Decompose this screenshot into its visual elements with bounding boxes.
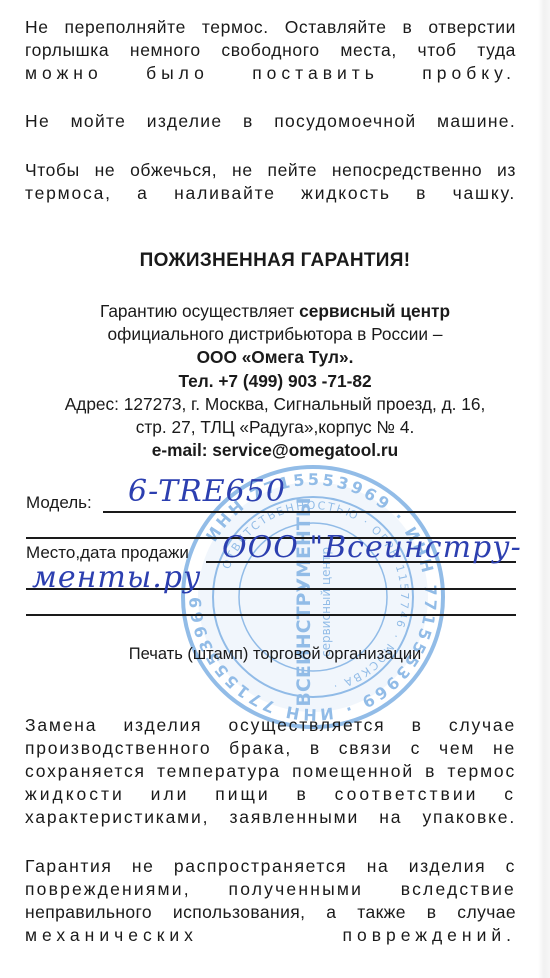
warranty-provider-info: Гарантию осуществляет сервисный центр оф…	[0, 300, 550, 462]
text-line: Не мойте изделие в посудомоечной машине.	[25, 110, 516, 133]
email-address: e-mail: service@omegatool.ru	[0, 439, 550, 462]
text-line: характеристиками, заявленными на упаковк…	[25, 806, 516, 829]
provider-line-2: официального дистрибьютора в России –	[0, 323, 550, 346]
model-label: Модель:	[26, 493, 92, 513]
place-date-handwritten-value-2: менты.ру	[32, 560, 201, 595]
provider-prefix: Гарантию осуществляет	[100, 301, 299, 321]
text-line: Замена изделия осуществляется в случае	[25, 714, 516, 737]
text-line: производственного брака, в связи с чем н…	[25, 737, 516, 760]
replacement-terms: Замена изделия осуществляется в случае п…	[25, 714, 516, 829]
text-line: Чтобы не обжечься, не пейте непосредстве…	[25, 159, 516, 182]
text-line: механических повреждений.	[25, 924, 516, 947]
instruction-no-overfill: Не переполняйте термос. Оставляйте в отв…	[25, 16, 516, 85]
warranty-exclusions: Гарантия не распространяется на изделия …	[25, 855, 516, 947]
text-line: можно было поставить пробку.	[25, 62, 516, 85]
text-line: повреждениями, полученными вследствие	[25, 878, 516, 901]
text-line: жидкости или пищи в соответствии с	[25, 783, 516, 806]
text-line: неправильного использования, а также в с…	[25, 901, 516, 924]
company-name: ООО «Омега Тул».	[0, 346, 550, 369]
text-line: сохраняется температура помещенной в тер…	[25, 760, 516, 783]
svg-text:ВСЕИНСТРУМЕНТЫ: ВСЕИНСТРУМЕНТЫ	[293, 497, 315, 706]
stamp-caption: Печать (штамп) торговой организации	[0, 645, 550, 664]
phone-number: Тел. +7 (499) 903 -71-82	[0, 370, 550, 393]
text-line: Гарантия не распространяется на изделия …	[25, 855, 516, 878]
form-line	[26, 614, 516, 616]
model-field-line	[103, 511, 516, 513]
text-line: термоса, а наливайте жидкость в чашку.	[25, 182, 516, 205]
place-date-handwritten-value-1: ООО "Всеинстру-	[222, 530, 522, 565]
provider-bold: сервисный центр	[299, 301, 450, 321]
text-line: горлышка немного свободного места, чтоб …	[25, 39, 516, 62]
text-line: Не переполняйте термос. Оставляйте в отв…	[25, 16, 516, 39]
page-edge-shadow	[538, 0, 550, 978]
address-line-1: Адрес: 127273, г. Москва, Сигнальный про…	[0, 393, 550, 416]
provider-line: Гарантию осуществляет сервисный центр	[0, 300, 550, 323]
warranty-title: ПОЖИЗНЕННАЯ ГАРАНТИЯ!	[0, 250, 550, 272]
instruction-no-dishwasher: Не мойте изделие в посудомоечной машине.	[25, 110, 516, 133]
instruction-no-burn: Чтобы не обжечься, не пейте непосредстве…	[25, 159, 516, 205]
address-line-2: стр. 27, ТЛЦ «Радуга»,корпус № 4.	[0, 416, 550, 439]
model-handwritten-value: 6-TRE650	[128, 474, 286, 509]
